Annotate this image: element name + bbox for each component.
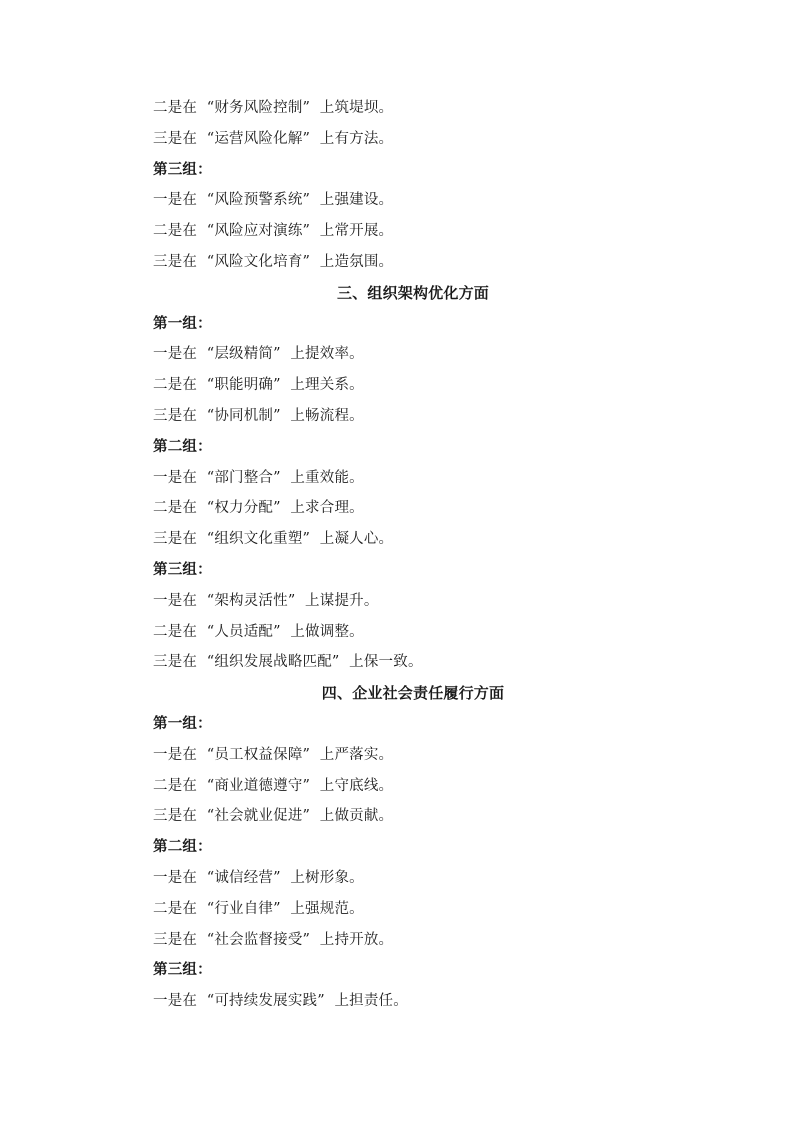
list-item: 一是在 “可持续发展实践” 上担责任。	[153, 986, 673, 1017]
list-item: 一是在 “诚信经营” 上树形象。	[153, 863, 673, 894]
list-item: 二是在 “商业道德遵守” 上守底线。	[153, 771, 673, 802]
group-heading: 第三组：	[153, 155, 673, 186]
group-heading: 第一组：	[153, 309, 673, 340]
list-item: 三是在 “组织发展战略匹配” 上保一致。	[153, 647, 673, 678]
list-item: 三是在 “协同机制” 上畅流程。	[153, 401, 673, 432]
document-page: 二是在 “财务风险控制” 上筑堤坝。 三是在 “运营风险化解” 上有方法。 第三…	[0, 0, 793, 1122]
group-heading: 第二组：	[153, 832, 673, 863]
list-item: 二是在 “职能明确” 上理关系。	[153, 370, 673, 401]
section-heading: 四、企业社会责任履行方面	[153, 678, 673, 709]
list-item: 一是在 “架构灵活性” 上谋提升。	[153, 586, 673, 617]
list-item: 三是在 “运营风险化解” 上有方法。	[153, 124, 673, 155]
list-item: 一是在 “风险预警系统” 上强建设。	[153, 185, 673, 216]
list-item: 二是在 “风险应对演练” 上常开展。	[153, 216, 673, 247]
section-heading: 三、组织架构优化方面	[153, 278, 673, 309]
group-heading: 第一组：	[153, 709, 673, 740]
document-body: 二是在 “财务风险控制” 上筑堤坝。 三是在 “运营风险化解” 上有方法。 第三…	[153, 93, 673, 1017]
list-item: 二是在 “财务风险控制” 上筑堤坝。	[153, 93, 673, 124]
list-item: 二是在 “行业自律” 上强规范。	[153, 894, 673, 925]
list-item: 三是在 “组织文化重塑” 上凝人心。	[153, 524, 673, 555]
group-heading: 第三组：	[153, 555, 673, 586]
list-item: 二是在 “权力分配” 上求合理。	[153, 493, 673, 524]
list-item: 三是在 “社会监督接受” 上持开放。	[153, 925, 673, 956]
list-item: 一是在 “员工权益保障” 上严落实。	[153, 740, 673, 771]
list-item: 二是在 “人员适配” 上做调整。	[153, 617, 673, 648]
list-item: 一是在 “部门整合” 上重效能。	[153, 463, 673, 494]
list-item: 三是在 “风险文化培育” 上造氛围。	[153, 247, 673, 278]
group-heading: 第二组：	[153, 432, 673, 463]
list-item: 一是在 “层级精简” 上提效率。	[153, 339, 673, 370]
list-item: 三是在 “社会就业促进” 上做贡献。	[153, 801, 673, 832]
group-heading: 第三组：	[153, 955, 673, 986]
